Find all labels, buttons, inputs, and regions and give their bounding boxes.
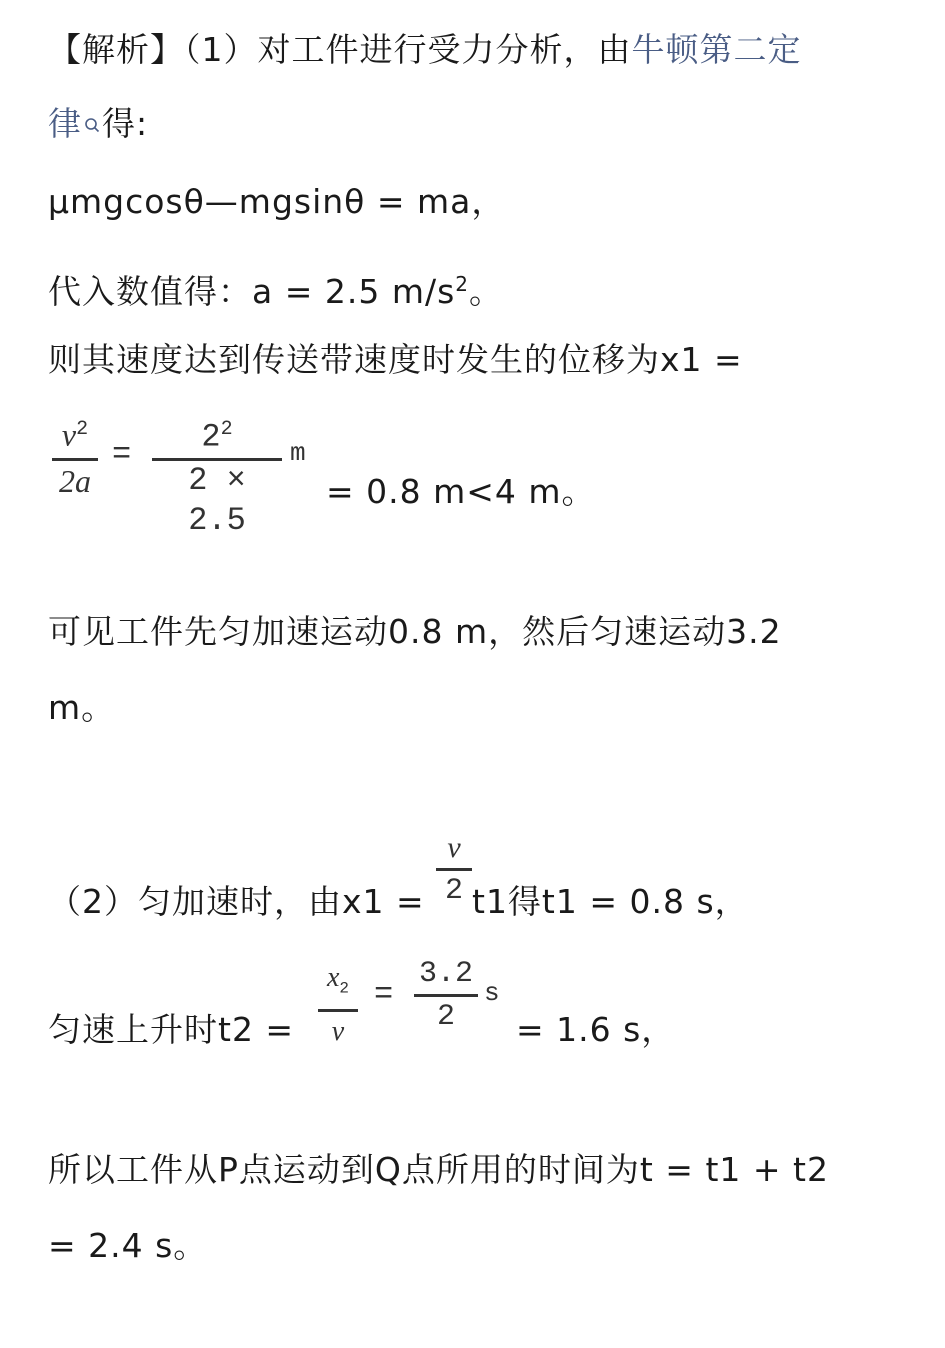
accel-text: 代入数值得：a = 2.5 m/s [48,272,455,311]
paragraph-1-line-1: 【解析】（1）对工件进行受力分析，由牛顿第二定 [48,30,802,70]
paragraph-1-line-2: 律得: [48,104,148,144]
frac-num: v [62,417,76,453]
unit-s: s [484,978,500,1008]
conclusion-line-2: m。 [48,688,115,728]
fraction-v-over-2: v 2 [436,828,472,911]
part2-suffix: t1得t1 = 0.8 s， [472,882,749,922]
analysis-intro: 【解析】（1）对工件进行受力分析，由 [48,30,632,69]
equals-sign: = [112,436,131,473]
fraction-x2-over-v: x2 v [318,958,358,1052]
equation-force: μmgcosθ—mgsinθ = ma， [48,182,505,222]
frac-sub: 2 [339,980,349,998]
frac-num: 2 [201,419,220,456]
frac-den: 2a [52,461,98,501]
total-line-2: = 2.4 s。 [48,1226,207,1266]
equals-sign-2: = [374,976,393,1013]
frac-sup: 2 [76,418,88,441]
frac-den: v [318,1012,358,1052]
unit-m: m [290,438,306,468]
accel-sup: 2 [455,272,469,296]
accel-suffix: 。 [469,272,503,311]
de-text: 得: [102,104,148,143]
frac-num: v [436,828,472,871]
result-t2: = 1.6 s， [516,1010,675,1050]
displacement-line: 则其速度达到传送带速度时发生的位移为x1 = [48,340,743,380]
frac-sup: 2 [221,418,233,441]
frac-den: 2 × 2.5 [152,461,282,541]
fraction-3.2-over-2: 3.2 2 [414,954,478,1037]
fraction-2sq-over-5: 22 2 × 2.5 [152,410,282,541]
newton-second-law-link[interactable]: 牛顿第二定 [632,30,802,69]
total-line-1: 所以工件从P点运动到Q点所用的时间为t = t1 + t2 [48,1150,829,1190]
fraction-v2-over-2a: v2 2a [52,410,98,501]
part2-line: （2）匀加速时，由x1 = [48,882,425,922]
equation-acceleration: 代入数值得：a = 2.5 m/s2。 [48,264,503,312]
frac-num: x [327,962,339,993]
part2-prefix: （2）匀加速时，由x1 = [48,882,425,921]
result-x1: = 0.8 m<4 m。 [326,472,596,512]
frac-den: 2 [414,997,478,1037]
t2-prefix: 匀速上升时t2 = [48,1010,294,1050]
frac-num: 3.2 [414,954,478,997]
search-icon[interactable] [84,102,100,118]
conclusion-line-1: 可见工件先匀加速运动0.8 m，然后匀速运动3.2 [48,612,782,652]
frac-den: 2 [436,871,472,911]
newton-second-law-link-cont[interactable]: 律 [48,104,82,143]
